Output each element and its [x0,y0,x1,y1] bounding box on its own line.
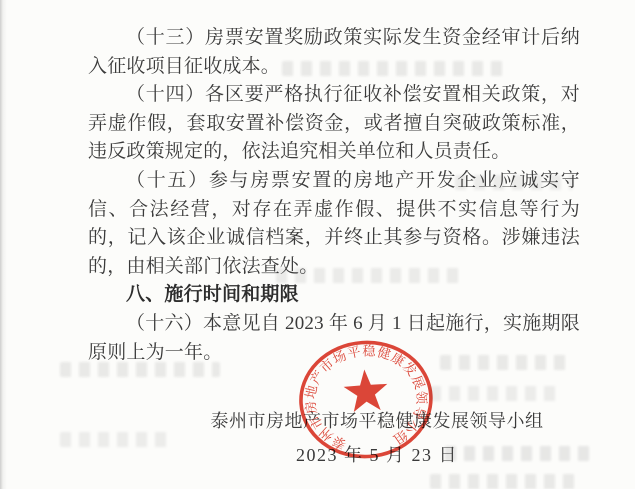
bleed-through-smudge [60,432,170,447]
paragraph-item-13: （十三）房票安置奖励政策实际发生资金经审计后纳入征收项目征收成本。 [88,24,580,81]
section-heading-8: 八、施行时间和期限 [88,281,580,310]
paragraph-item-15: （十五）参与房票安置的房地产开发企业应诚实守信、合法经营，对存在弄虚作假、提供不… [88,167,580,281]
issue-date: 2023 年 5 月 23 日 [210,441,544,467]
bleed-through-smudge [430,386,560,401]
paragraph-item-14: （十四）各区要严格执行征收补偿安置相关政策，对弄虚作假，套取安置补偿资金，或者擅… [88,81,580,167]
document-body: （十三）房票安置奖励政策实际发生资金经审计后纳入征收项目征收成本。 （十四）各区… [88,24,580,367]
scanned-document-page: （十三）房票安置奖励政策实际发生资金经审计后纳入征收项目征收成本。 （十四）各区… [0,0,635,489]
star-icon [342,368,389,413]
issuer-name: 泰州市房地产市场平稳健康发展领导小组 [210,407,544,433]
signature-block: 泰州市房地产市场平稳健康发展领导小组 2023 年 5 月 23 日 [210,407,544,467]
paragraph-item-16: （十六）本意见自 2023 年 6 月 1 日起施行，实施期限原则上为一年。 [88,310,580,367]
bleed-through-smudge [430,474,575,489]
